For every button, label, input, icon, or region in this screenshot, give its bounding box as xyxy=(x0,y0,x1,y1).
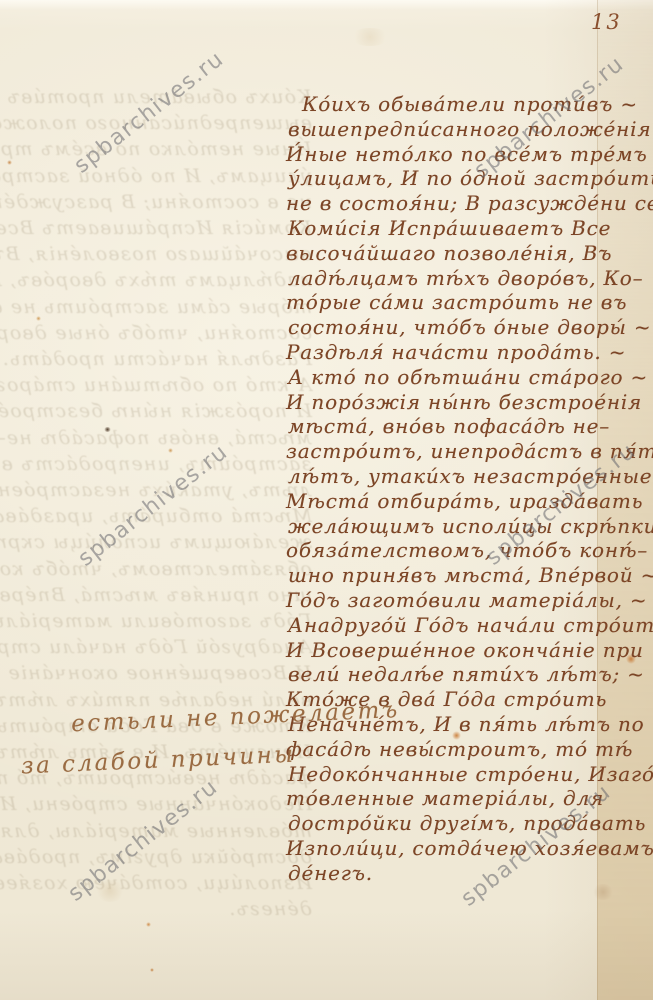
bleedthrough-line: Недоко́нчанные стро́ени, Изаго́– xyxy=(0,791,312,817)
manuscript-page-scan: Ко́ихъ обыва́тели проти́въ ~вышепредпи́с… xyxy=(0,0,653,1000)
manuscript-line: Раздѣля́ нача́сти прода́ть. ~ xyxy=(286,340,652,365)
manuscript-line: лѣ́тъ, утаки́хъ незастро́енные ~ xyxy=(286,464,652,489)
bleedthrough-line: де́негъ. xyxy=(0,896,312,922)
manuscript-line: Анадруго́й Го́дъ нача́ли стро́ить, xyxy=(286,613,652,638)
bleedthrough-line: И поро́зжія ны́нѣ безстрое́нія xyxy=(0,398,312,424)
manuscript-line: достро́йки другі́мъ, прода́вать xyxy=(286,811,652,836)
manuscript-line: застро́итъ, инепрода́стъ в пя́ть xyxy=(286,439,652,464)
bleedthrough-line: застро́итъ, инепрода́стъ в пя́ть xyxy=(0,451,312,477)
bleedthrough-line: А кто́ по обѣтша́ни ста́рого ~ xyxy=(0,372,312,398)
bleedthrough-line: И Всоверше́нное оконча́ніе при xyxy=(0,660,312,686)
manuscript-line: Изполи́ци, сотда́чею хозя́евамъ xyxy=(286,836,652,861)
manuscript-line: мѣста́, вно́вь пофаса́дѣ не– xyxy=(286,414,652,439)
manuscript-line: де́негъ. xyxy=(286,861,652,886)
bleedthrough-line: мѣста́, вно́вь пофаса́дѣ не– xyxy=(0,425,312,451)
manuscript-line: высоча́йшаго позволе́нія, Въ xyxy=(286,241,652,266)
bleedthrough-line: то́рые са́ми застро́ить не въ xyxy=(0,294,312,320)
manuscript-line: жела́ющимъ исполи́цы скрѣ́пкимъ xyxy=(286,514,652,539)
manuscript-line: И поро́зжія ны́нѣ безстрое́нія xyxy=(286,390,652,415)
bleedthrough-line: Коми́сія Испра́шиваетъ Все xyxy=(0,215,312,241)
bleedthrough-line: ладѣ́лцамъ тѣ́хъ дворо́въ, Ко– xyxy=(0,267,312,293)
bleedthrough-line: Изполи́ци, сотда́чею хозя́евамъ xyxy=(0,870,312,896)
bleedthrough-line: вышепредпи́санного положе́нія xyxy=(0,110,312,136)
manuscript-line: у́лицамъ, И по о́дной застро́ить xyxy=(286,166,652,191)
bleedthrough-line: Го́дъ загото́вили матеріа́лы, ~ xyxy=(0,608,312,634)
bleedthrough-line: достро́йки другі́мъ, прода́вать xyxy=(0,844,312,870)
manuscript-line: вышепредпи́санного положе́нія xyxy=(286,117,652,142)
manuscript-line: фаса́дѣ невы́строитъ, то́ тѣ́ xyxy=(286,737,652,762)
bleedthrough-line: шно приня́въ мѣста́, Впе́рвой ~ xyxy=(0,582,312,608)
manuscript-line: Мѣста́ отбира́ть, иразда́вать xyxy=(286,489,652,514)
bleedthrough-line: Мѣста́ отбира́ть, иразда́вать xyxy=(0,503,312,529)
manuscript-line: Коми́сія Испра́шиваетъ Все xyxy=(286,216,652,241)
bleedthrough-text: Ко́ихъ обыва́тели проти́въ ~вышепредпи́с… xyxy=(0,84,312,923)
manuscript-line: то́рые са́ми застро́ить не въ xyxy=(286,290,652,315)
bleedthrough-line: состоя́ни, что́бъ о́ные дворы́ ~ xyxy=(0,320,312,346)
manuscript-line: состоя́ни, что́бъ о́ные дворы́ ~ xyxy=(286,315,652,340)
bleedthrough-line: Раздѣля́ нача́сти прода́ть. ~ xyxy=(0,346,312,372)
bleedthrough-line: Ко́ихъ обыва́тели проти́въ ~ xyxy=(0,84,312,110)
manuscript-line: А кто́ по обѣтша́ни ста́рого ~ xyxy=(286,365,652,390)
manuscript-line: Го́дъ загото́вили матеріа́лы, ~ xyxy=(286,588,652,613)
page-number: 13 xyxy=(591,10,622,34)
bleedthrough-line: не в состоя́ни; В разсужде́ни сего́ xyxy=(0,189,312,215)
manuscript-line: И Всоверше́нное оконча́ніе при xyxy=(286,638,652,663)
manuscript-line: И́ные нето́лко по все́мъ тре́мъ xyxy=(286,142,652,167)
manuscript-line: обяза́телствомъ, что́бъ конѣ́– xyxy=(286,538,652,563)
bleedthrough-line: жела́ющимъ исполи́цы скрѣ́пкимъ xyxy=(0,529,312,555)
manuscript-line: не в состоя́ни; В разсужде́ни сего́ xyxy=(286,191,652,216)
bleedthrough-line: Анадруго́й Го́дъ нача́ли стро́ить, xyxy=(0,634,312,660)
manuscript-line: шно приня́въ мѣста́, Впе́рвой ~ xyxy=(286,563,652,588)
bleedthrough-line: И́ные нето́лко по все́мъ тре́мъ xyxy=(0,136,312,162)
manuscript-line: ладѣ́лцамъ тѣ́хъ дворо́въ, Ко– xyxy=(286,266,652,291)
bleedthrough-line: высоча́йшаго позволе́нія, Въ xyxy=(0,241,312,267)
margin-annotation: естьли не пожелаетъза слабой причины xyxy=(18,693,321,786)
bleedthrough-line: у́лицамъ, И по о́дной застро́ить xyxy=(0,163,312,189)
bleedthrough-line: то́вленные матеріа́лы, для xyxy=(0,818,312,844)
manuscript-line: вели́ недалѣ́е пяти́хъ лѣ́тъ; ~ xyxy=(286,662,652,687)
bleedthrough-line: обяза́телствомъ, что́бъ конѣ́– xyxy=(0,556,312,582)
manuscript-text-block: Ко́ихъ обыва́тели проти́въ ~вышепредпи́с… xyxy=(286,92,652,886)
manuscript-line: Ко́ихъ обыва́тели проти́въ ~ xyxy=(286,92,652,117)
manuscript-line: Недоко́нчанные стро́ени, Изаго́– xyxy=(286,762,652,787)
manuscript-line: то́вленные матеріа́лы, для xyxy=(286,786,652,811)
bleedthrough-line: лѣ́тъ, утаки́хъ незастро́енные ~ xyxy=(0,477,312,503)
